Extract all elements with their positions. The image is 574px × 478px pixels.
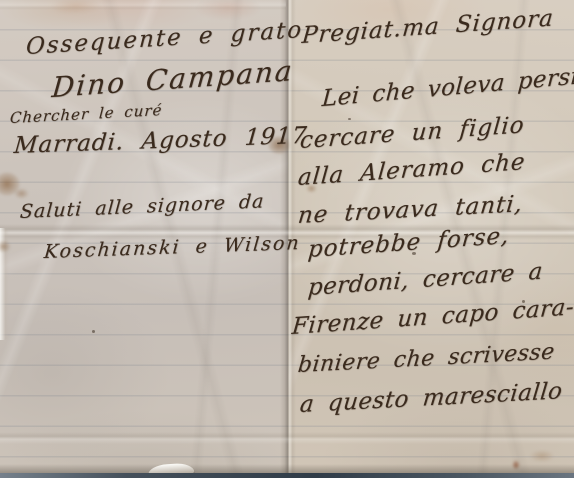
letter-scan: Ossequente e grato Dino Campana Chercher…	[0, 0, 574, 478]
top-right-crease	[0, 0, 286, 10]
scanner-background-strip	[0, 473, 574, 478]
